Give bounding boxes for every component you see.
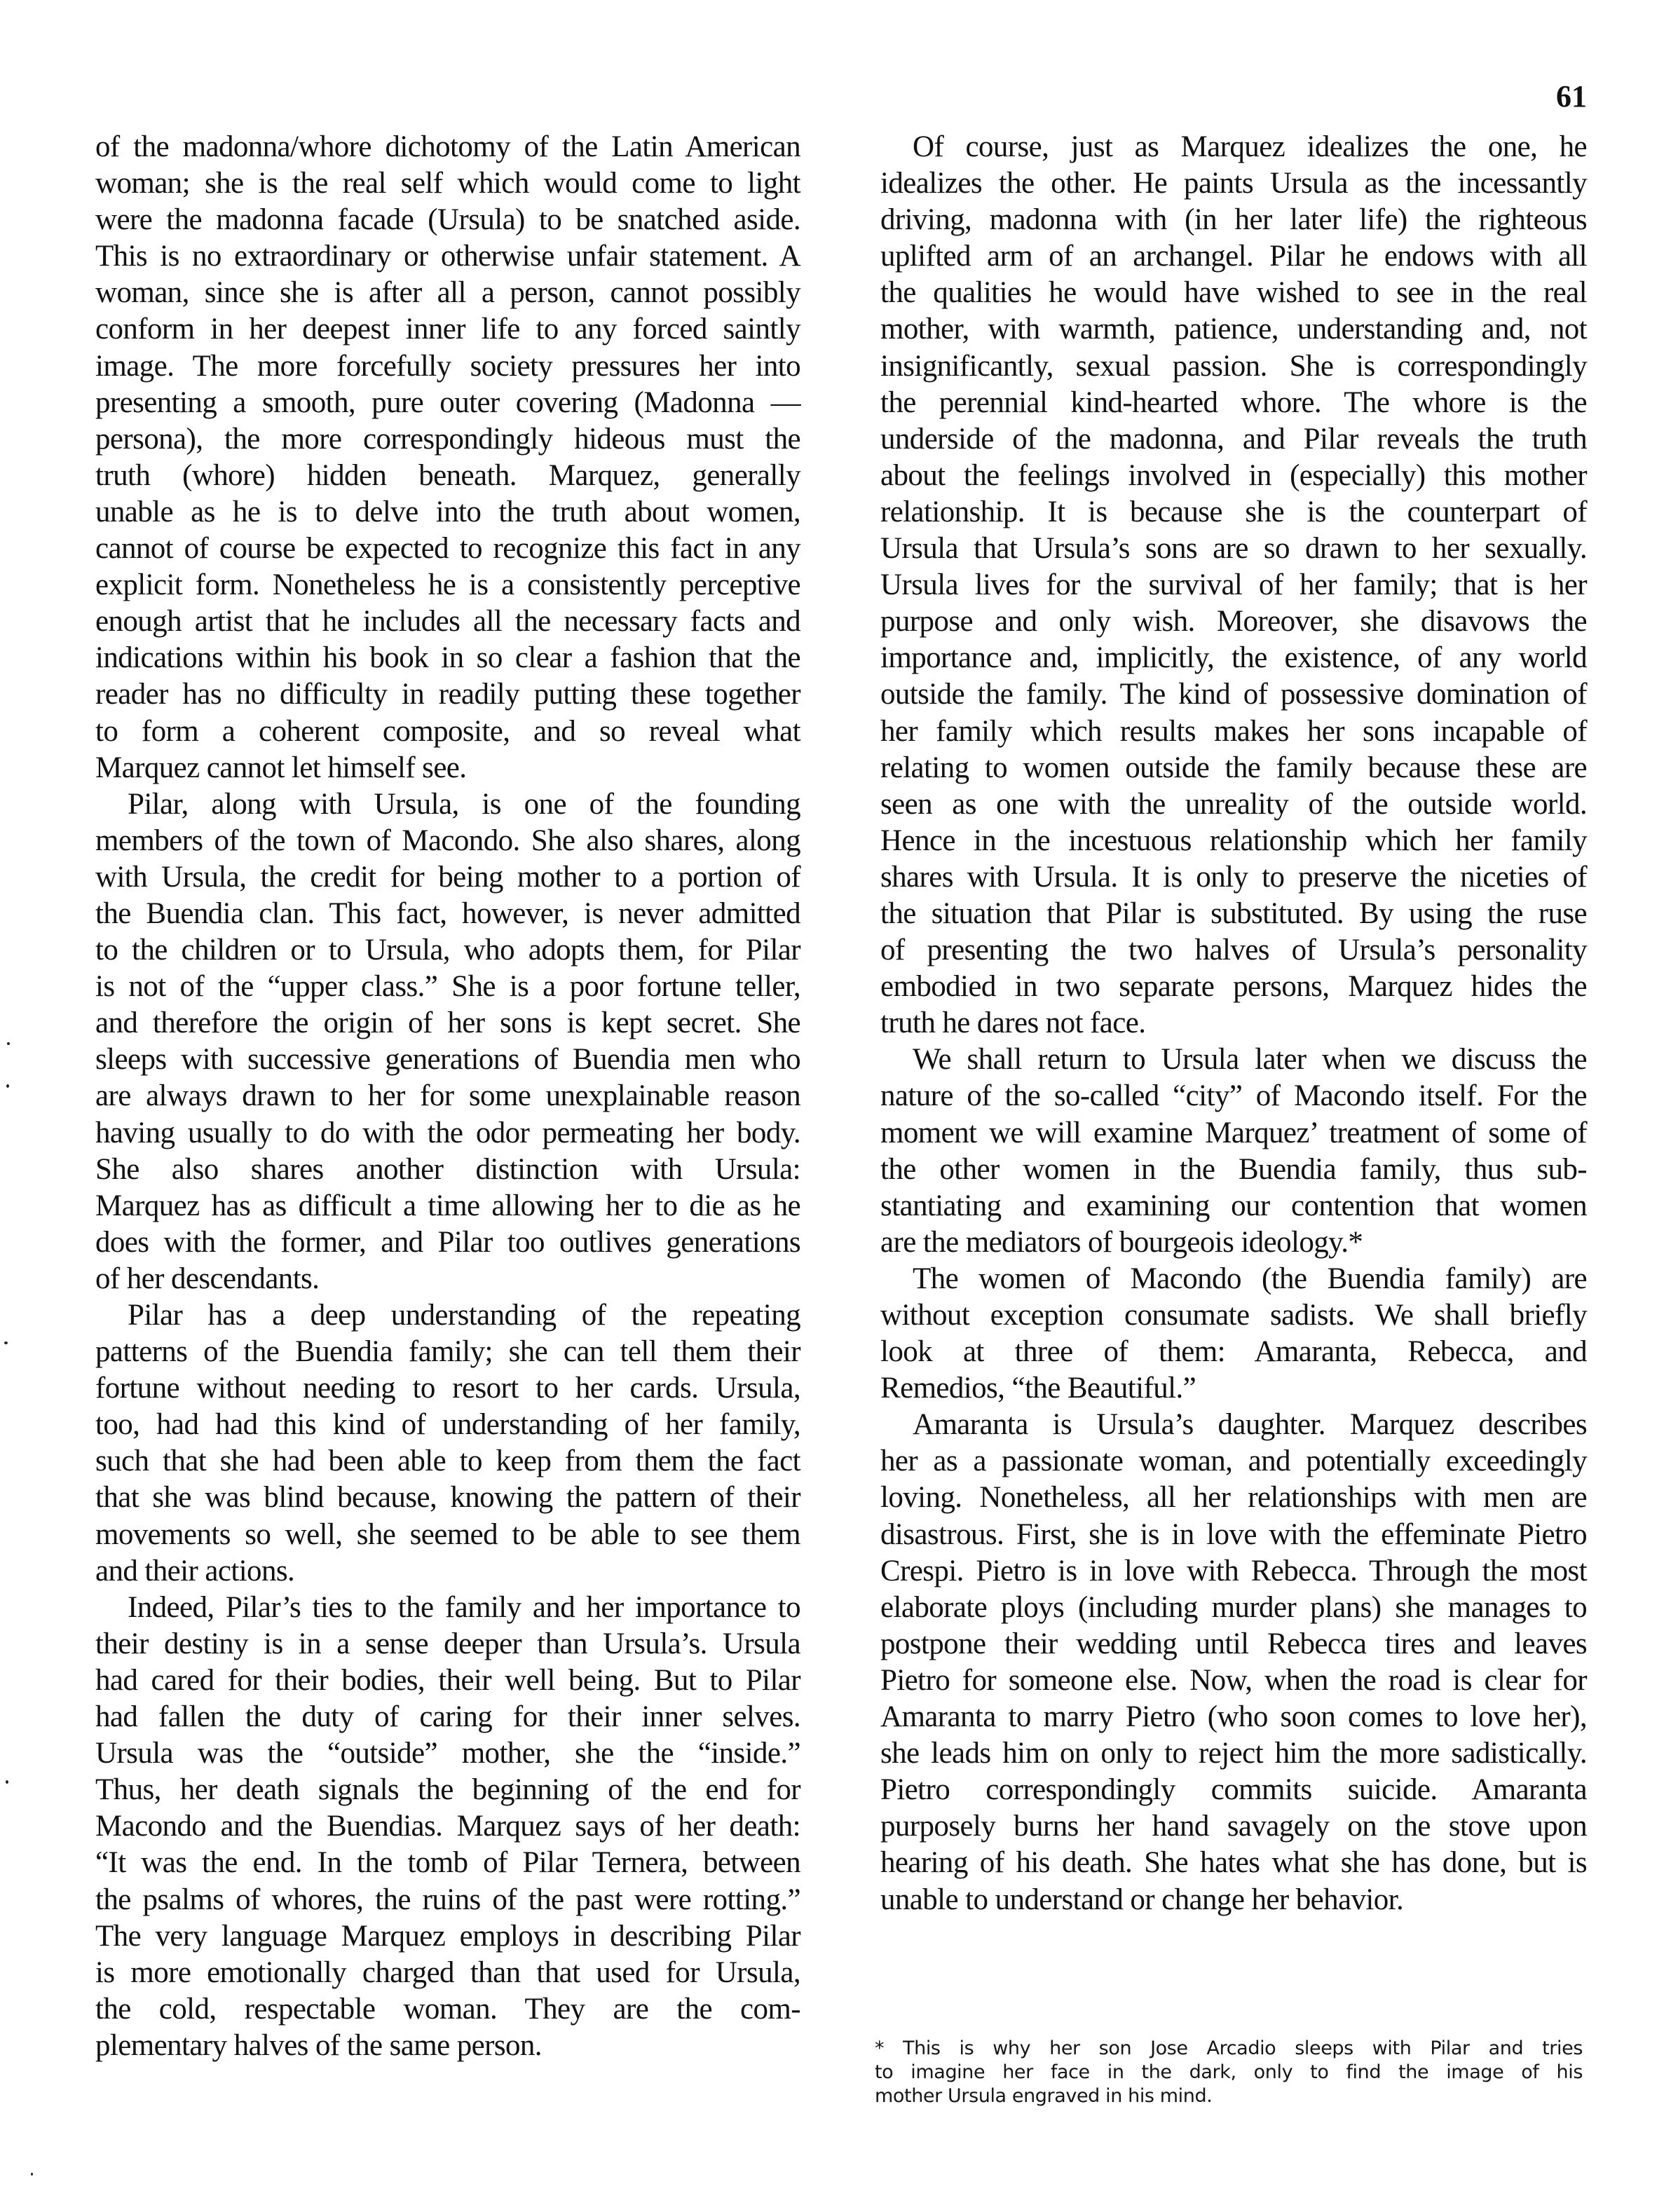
text-line: the situation that Pilar is substituted.… — [880, 896, 1587, 932]
right-text-column: Of course, just as Marquez idealizes the… — [880, 129, 1587, 1918]
text-line: had fallen the duty of caring for their … — [95, 1699, 800, 1735]
scan-speck — [6, 1084, 9, 1088]
text-line: are the mediators of bourgeois ideology.… — [880, 1224, 1587, 1261]
text-line: indications within his book in so clear … — [95, 640, 800, 676]
text-line: of her descendants. — [95, 1261, 800, 1297]
text-line: the other women in the Buendia family, t… — [880, 1152, 1587, 1188]
text-line: Crespi. Pietro is in love with Rebecca. … — [880, 1553, 1587, 1590]
text-line: Marquez has as difficult a time allowing… — [95, 1188, 800, 1224]
text-line: relating to women outside the family bec… — [880, 750, 1587, 786]
text-line: disastrous. First, she is in love with t… — [880, 1517, 1587, 1553]
text-line: idealizes the other. He paints Ursula as… — [880, 165, 1587, 202]
text-line: Marquez cannot let himself see. — [95, 750, 800, 786]
text-line: postpone their wedding until Rebecca tir… — [880, 1626, 1587, 1663]
text-line: We shall return to Ursula later when we … — [880, 1042, 1587, 1078]
text-line: is not of the “upper class.” She is a po… — [95, 969, 800, 1005]
text-line: the perennial kind-hearted whore. The wh… — [880, 385, 1587, 421]
text-line: her as a passionate woman, and potential… — [880, 1443, 1587, 1480]
text-line: explicit form. Nonetheless he is a consi… — [95, 567, 800, 603]
text-line: the Buendia clan. This fact, however, is… — [95, 896, 800, 932]
text-line: unable to understand or change her behav… — [880, 1882, 1587, 1918]
text-line: hearing of his death. She hates what she… — [880, 1845, 1587, 1881]
text-line: the psalms of whores, the ruins of the p… — [95, 1882, 800, 1918]
text-line: importance and, implicitly, the existenc… — [880, 640, 1587, 676]
text-line: The women of Macondo (the Buendia family… — [880, 1261, 1587, 1297]
text-line: look at three of them: Amaranta, Rebecca… — [880, 1334, 1587, 1370]
text-line: Amaranta is Ursula’s daughter. Marquez d… — [880, 1407, 1587, 1443]
text-line: conform in her deepest inner life to any… — [95, 311, 800, 348]
text-line: Pilar has a deep understanding of the re… — [95, 1297, 800, 1334]
text-line: presenting a smooth, pure outer covering… — [95, 385, 800, 421]
text-line: stantiating and examining our contention… — [880, 1188, 1587, 1224]
scan-speck — [4, 1341, 8, 1344]
text-line: Hence in the incestuous relationship whi… — [880, 823, 1587, 859]
text-line: persona), the more correspondingly hideo… — [95, 421, 800, 458]
text-line: does with the former, and Pilar too outl… — [95, 1224, 800, 1261]
text-line: and their actions. — [95, 1553, 800, 1590]
text-line: Pietro for someone else. Now, when the r… — [880, 1663, 1587, 1699]
text-line: enough artist that he includes all the n… — [95, 603, 800, 640]
text-line: truth (whore) hidden beneath. Marquez, g… — [95, 458, 800, 494]
text-line: driving, madonna with (in her later life… — [880, 202, 1587, 238]
text-line: the cold, respectable woman. They are th… — [95, 1991, 800, 2028]
page-number: 61 — [1528, 78, 1587, 115]
text-line: were the madonna facade (Ursula) to be s… — [95, 202, 800, 238]
text-line: too, had had this kind of understanding … — [95, 1407, 800, 1443]
text-line: uplifted arm of an archangel. Pilar he e… — [880, 238, 1587, 275]
scan-speck — [31, 2173, 33, 2176]
text-line: movements so well, she seemed to be able… — [95, 1517, 800, 1553]
text-line: woman, since she is after all a person, … — [95, 275, 800, 311]
text-line: relationship. It is because she is the c… — [880, 494, 1587, 531]
text-line: are always drawn to her for some unexpla… — [95, 1078, 800, 1114]
text-line: image. The more forcefully society press… — [95, 348, 800, 385]
footnote-line: mother Ursula engraved in his mind. — [875, 2084, 1583, 2108]
text-line: Ursula that Ursula’s sons are so drawn t… — [880, 531, 1587, 567]
text-line: embodied in two separate persons, Marque… — [880, 969, 1587, 1005]
text-line: Ursula lives for the survival of her fam… — [880, 567, 1587, 603]
text-line: plementary halves of the same person. — [95, 2028, 800, 2064]
scan-speck — [6, 1780, 8, 1784]
text-line: outside the family. The kind of possessi… — [880, 676, 1587, 713]
text-line: Indeed, Pilar’s ties to the family and h… — [95, 1590, 800, 1626]
text-line: purposely burns her hand savagely on the… — [880, 1808, 1587, 1845]
text-line: shares with Ursula. It is only to preser… — [880, 859, 1587, 896]
text-line: to form a coherent composite, and so rev… — [95, 714, 800, 750]
text-line: Thus, her death signals the beginning of… — [95, 1772, 800, 1808]
text-line: Of course, just as Marquez idealizes the… — [880, 129, 1587, 165]
text-line: Ursula was the “outside” mother, she the… — [95, 1735, 800, 1772]
footnote-line: * This is why her son Jose Arcadio sleep… — [875, 2037, 1583, 2061]
text-line: she leads him on only to reject him the … — [880, 1735, 1587, 1772]
text-line: her family which results makes her sons … — [880, 714, 1587, 750]
text-line: insignificantly, sexual passion. She is … — [880, 348, 1587, 385]
text-line: She also shares another distinction with… — [95, 1152, 800, 1188]
text-line: is more emotionally charged than that us… — [95, 1955, 800, 1991]
text-line: without exception consumate sadists. We … — [880, 1297, 1587, 1334]
text-line: reader has no difficulty in readily putt… — [95, 676, 800, 713]
text-line: loving. Nonetheless, all her relationshi… — [880, 1480, 1587, 1516]
footnote-line: to imagine her face in the dark, only to… — [875, 2061, 1583, 2084]
text-line: about the feelings involved in (especial… — [880, 458, 1587, 494]
text-line: moment we will examine Marquez’ treatmen… — [880, 1115, 1587, 1152]
text-line: cannot of course be expected to recogniz… — [95, 531, 800, 567]
text-line: of the madonna/whore dichotomy of the La… — [95, 129, 800, 165]
text-line: such that she had been able to keep from… — [95, 1443, 800, 1480]
text-line: “It was the end. In the tomb of Pilar Te… — [95, 1845, 800, 1881]
text-line: and therefore the origin of her sons is … — [95, 1005, 800, 1042]
text-line: elaborate ploys (including murder plans)… — [880, 1590, 1587, 1626]
text-line: fortune without needing to resort to her… — [95, 1370, 800, 1407]
text-line: underside of the madonna, and Pilar reve… — [880, 421, 1587, 458]
scan-speck — [7, 1042, 10, 1045]
text-line: This is no extraordinary or otherwise un… — [95, 238, 800, 275]
text-line: the qualities he would have wished to se… — [880, 275, 1587, 311]
text-line: nature of the so-called “city” of Macond… — [880, 1078, 1587, 1114]
text-line: had cared for their bodies, their well b… — [95, 1663, 800, 1699]
text-line: members of the town of Macondo. She also… — [95, 823, 800, 859]
text-line: sleeps with successive generations of Bu… — [95, 1042, 800, 1078]
text-line: Pilar, along with Ursula, is one of the … — [95, 786, 800, 823]
text-line: woman; she is the real self which would … — [95, 165, 800, 202]
text-line: of presenting the two halves of Ursula’s… — [880, 932, 1587, 969]
document-page: 61 of the madonna/whore dichotomy of the… — [0, 0, 1678, 2212]
text-line: with Ursula, the credit for being mother… — [95, 859, 800, 896]
text-line: Pietro correspondingly commits suicide. … — [880, 1772, 1587, 1808]
text-line: patterns of the Buendia family; she can … — [95, 1334, 800, 1370]
text-line: Macondo and the Buendias. Marquez says o… — [95, 1808, 800, 1845]
text-line: purpose and only wish. Moreover, she dis… — [880, 603, 1587, 640]
text-line: having usually to do with the odor perme… — [95, 1115, 800, 1152]
text-line: unable as he is to delve into the truth … — [95, 494, 800, 531]
text-line: their destiny is in a sense deeper than … — [95, 1626, 800, 1663]
left-text-column: of the madonna/whore dichotomy of the La… — [95, 129, 800, 2064]
text-line: mother, with warmth, patience, understan… — [880, 311, 1587, 348]
text-line: Remedios, “the Beautiful.” — [880, 1370, 1587, 1407]
text-line: truth he dares not face. — [880, 1005, 1587, 1042]
text-line: Amaranta to marry Pietro (who soon comes… — [880, 1699, 1587, 1735]
text-line: that she was blind because, knowing the … — [95, 1480, 800, 1516]
text-line: seen as one with the unreality of the ou… — [880, 786, 1587, 823]
text-line: to the children or to Ursula, who adopts… — [95, 932, 800, 969]
text-line: The very language Marquez employs in des… — [95, 1918, 800, 1955]
footnote: * This is why her son Jose Arcadio sleep… — [875, 2037, 1583, 2108]
